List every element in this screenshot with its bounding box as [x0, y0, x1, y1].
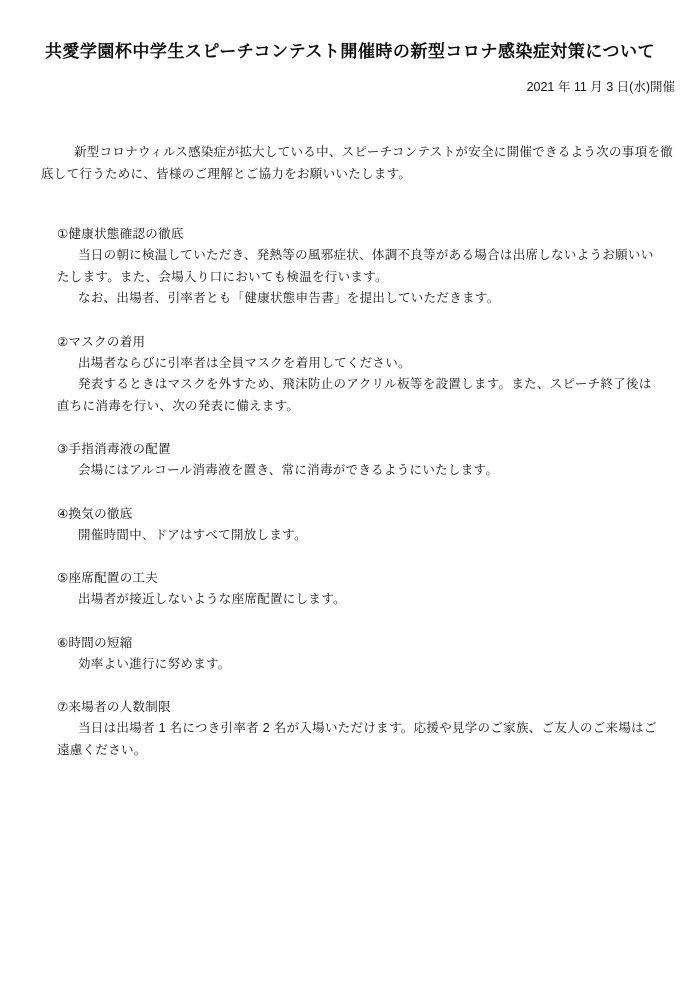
- section-paragraph: 出場者ならびに引率者は全員マスクを着用してください。: [57, 353, 662, 375]
- section-paragraph: 当日は出場者 1 名につき引率者 2 名が入場いただけます。応援や見学のご家族、…: [57, 718, 662, 761]
- section-visitor-limit: ⑦来場者の人数制限 当日は出場者 1 名につき引率者 2 名が入場いただけます。…: [57, 697, 662, 761]
- measures-list: ①健康状態確認の徹底 当日の朝に検温していただき、発熱等の風邪症状、体調不良等が…: [57, 224, 662, 761]
- section-paragraph: 効率よい進行に努めます。: [57, 654, 662, 676]
- section-paragraph: 開催時間中、ドアはすべて開放します。: [57, 525, 662, 547]
- intro-paragraph: 新型コロナウィルス感染症が拡大している中、スピーチコンテストが安全に開催できるよ…: [41, 142, 673, 185]
- section-paragraph: 当日の朝に検温していただき、発熱等の風邪症状、体調不良等がある場合は出席しないよ…: [57, 245, 662, 288]
- section-paragraph: 発表するときはマスクを外すため、飛沫防止のアクリル板等を設置します。また、スピー…: [57, 374, 662, 417]
- document-page: 共愛学園杯中学生スピーチコンテスト開催時の新型コロナ感染症対策について 2021…: [0, 0, 700, 990]
- section-paragraph: 出場者が接近しないような座席配置にします。: [57, 589, 662, 611]
- section-paragraph: 会場にはアルコール消毒液を置き、常に消毒ができるようにいたします。: [57, 460, 662, 482]
- section-heading: ①健康状態確認の徹底: [57, 224, 662, 245]
- section-seating: ⑤座席配置の工夫 出場者が接近しないような座席配置にします。: [57, 568, 662, 611]
- section-health-check: ①健康状態確認の徹底 当日の朝に検温していただき、発熱等の風邪症状、体調不良等が…: [57, 224, 662, 310]
- section-time-shortening: ⑥時間の短縮 効率よい進行に努めます。: [57, 633, 662, 676]
- section-heading: ③手指消毒液の配置: [57, 439, 662, 460]
- section-ventilation: ④換気の徹底 開催時間中、ドアはすべて開放します。: [57, 504, 662, 547]
- section-heading: ⑦来場者の人数制限: [57, 697, 662, 718]
- section-heading: ②マスクの着用: [57, 332, 662, 353]
- event-date: 2021 年 11 月 3 日(水)開催: [0, 78, 675, 96]
- section-sanitizer: ③手指消毒液の配置 会場にはアルコール消毒液を置き、常に消毒ができるようにいたし…: [57, 439, 662, 482]
- section-heading: ⑥時間の短縮: [57, 633, 662, 654]
- section-paragraph: なお、出場者、引率者とも「健康状態申告書」を提出していただきます。: [57, 288, 662, 310]
- section-heading: ⑤座席配置の工夫: [57, 568, 662, 589]
- section-heading: ④換気の徹底: [57, 504, 662, 525]
- document-title: 共愛学園杯中学生スピーチコンテスト開催時の新型コロナ感染症対策について: [24, 40, 676, 64]
- section-mask: ②マスクの着用 出場者ならびに引率者は全員マスクを着用してください。 発表すると…: [57, 332, 662, 418]
